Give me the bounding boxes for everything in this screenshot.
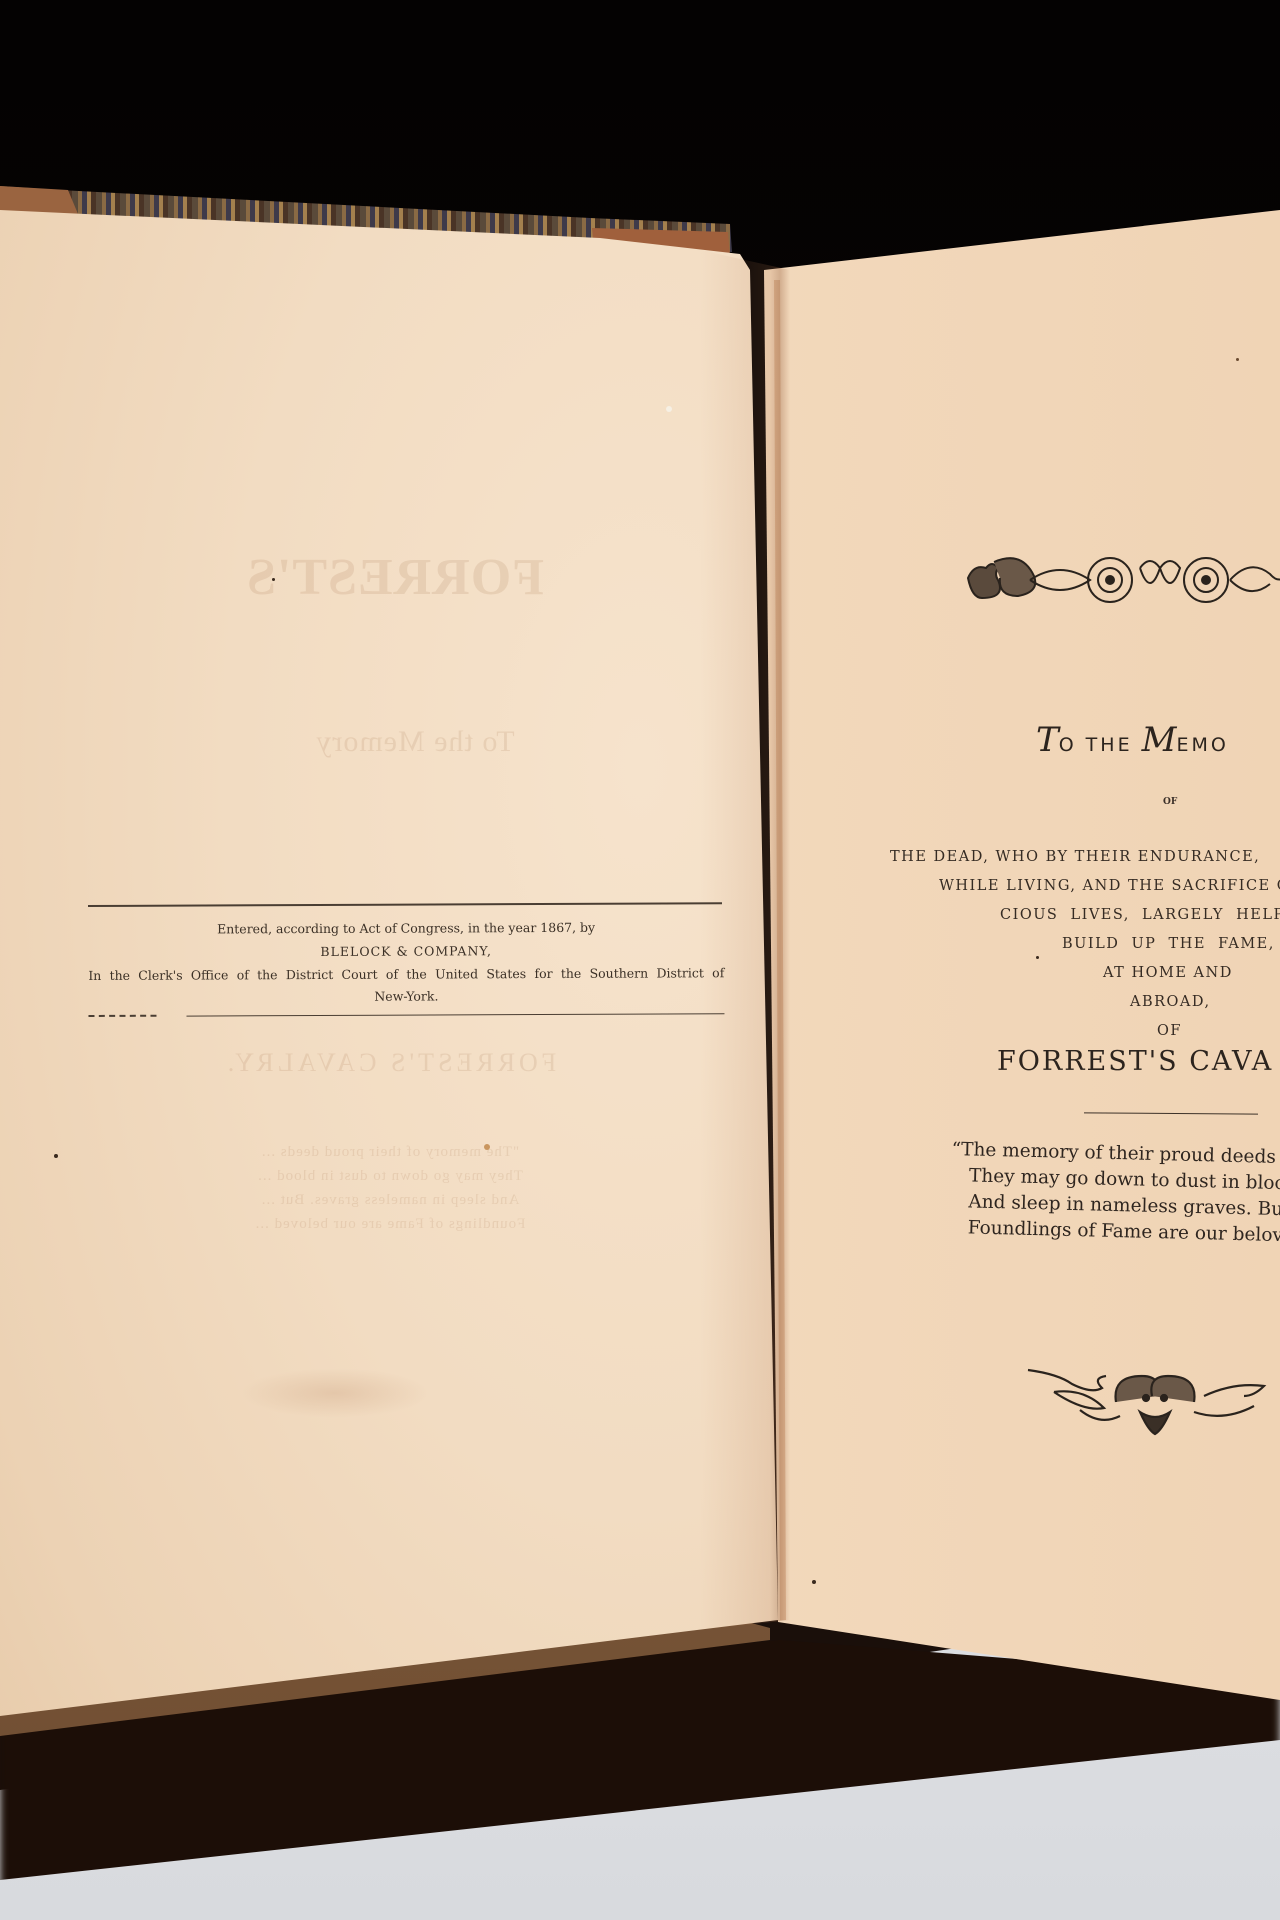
- show-through-title: FORREST'S: [170, 548, 620, 607]
- forrests-cavalry-title: FORREST'S CAVA: [997, 1046, 1273, 1077]
- show-through-memory: To the Memory: [250, 725, 580, 759]
- show-through-quote: "The memory of their proud deeds ... The…: [190, 1140, 590, 1236]
- dedication-line: ABROAD,: [1130, 994, 1211, 1010]
- dedication-line: BUILD UP THE FAME,: [1062, 936, 1275, 952]
- dedication-line: WHILE LIVING, AND THE SACRIFICE O: [939, 878, 1280, 894]
- dedication-line: THE DEAD, WHO BY THEIR ENDURANCE,: [890, 849, 1260, 865]
- book-photo-scene: FORREST'S To the Memory FORREST'S CAVALR…: [0, 0, 1280, 1920]
- show-through-ornament: [240, 1368, 430, 1418]
- dedication-line: OF: [1157, 1023, 1182, 1039]
- copyright-line-clerk: In the Clerk's Office of the District Co…: [88, 965, 724, 983]
- dedication-heading: TO THE MEMO: [1036, 720, 1229, 760]
- dedication-line: AT HOME AND: [1103, 965, 1233, 981]
- copyright-publisher: BLELOCK & COMPANY,: [88, 942, 724, 960]
- copyright-line-entered: Entered, according to Act of Congress, i…: [88, 919, 724, 937]
- dolphin-rosette-headpiece-icon: [960, 540, 1280, 610]
- copyright-notice: Entered, according to Act of Congress, i…: [88, 902, 724, 1017]
- epigraph-quote: “The memory of their proud deeds c They …: [949, 1137, 1280, 1249]
- show-through-cavalry: FORREST'S CAVALRY.: [190, 1048, 590, 1078]
- of-label: OF: [1163, 797, 1177, 807]
- copyright-line-newyork: New-York.: [88, 987, 724, 1005]
- dedication-line: CIOUS LIVES, LARGELY HELP: [1000, 907, 1280, 923]
- grotesque-mask-tailpiece-icon: [1024, 1362, 1280, 1442]
